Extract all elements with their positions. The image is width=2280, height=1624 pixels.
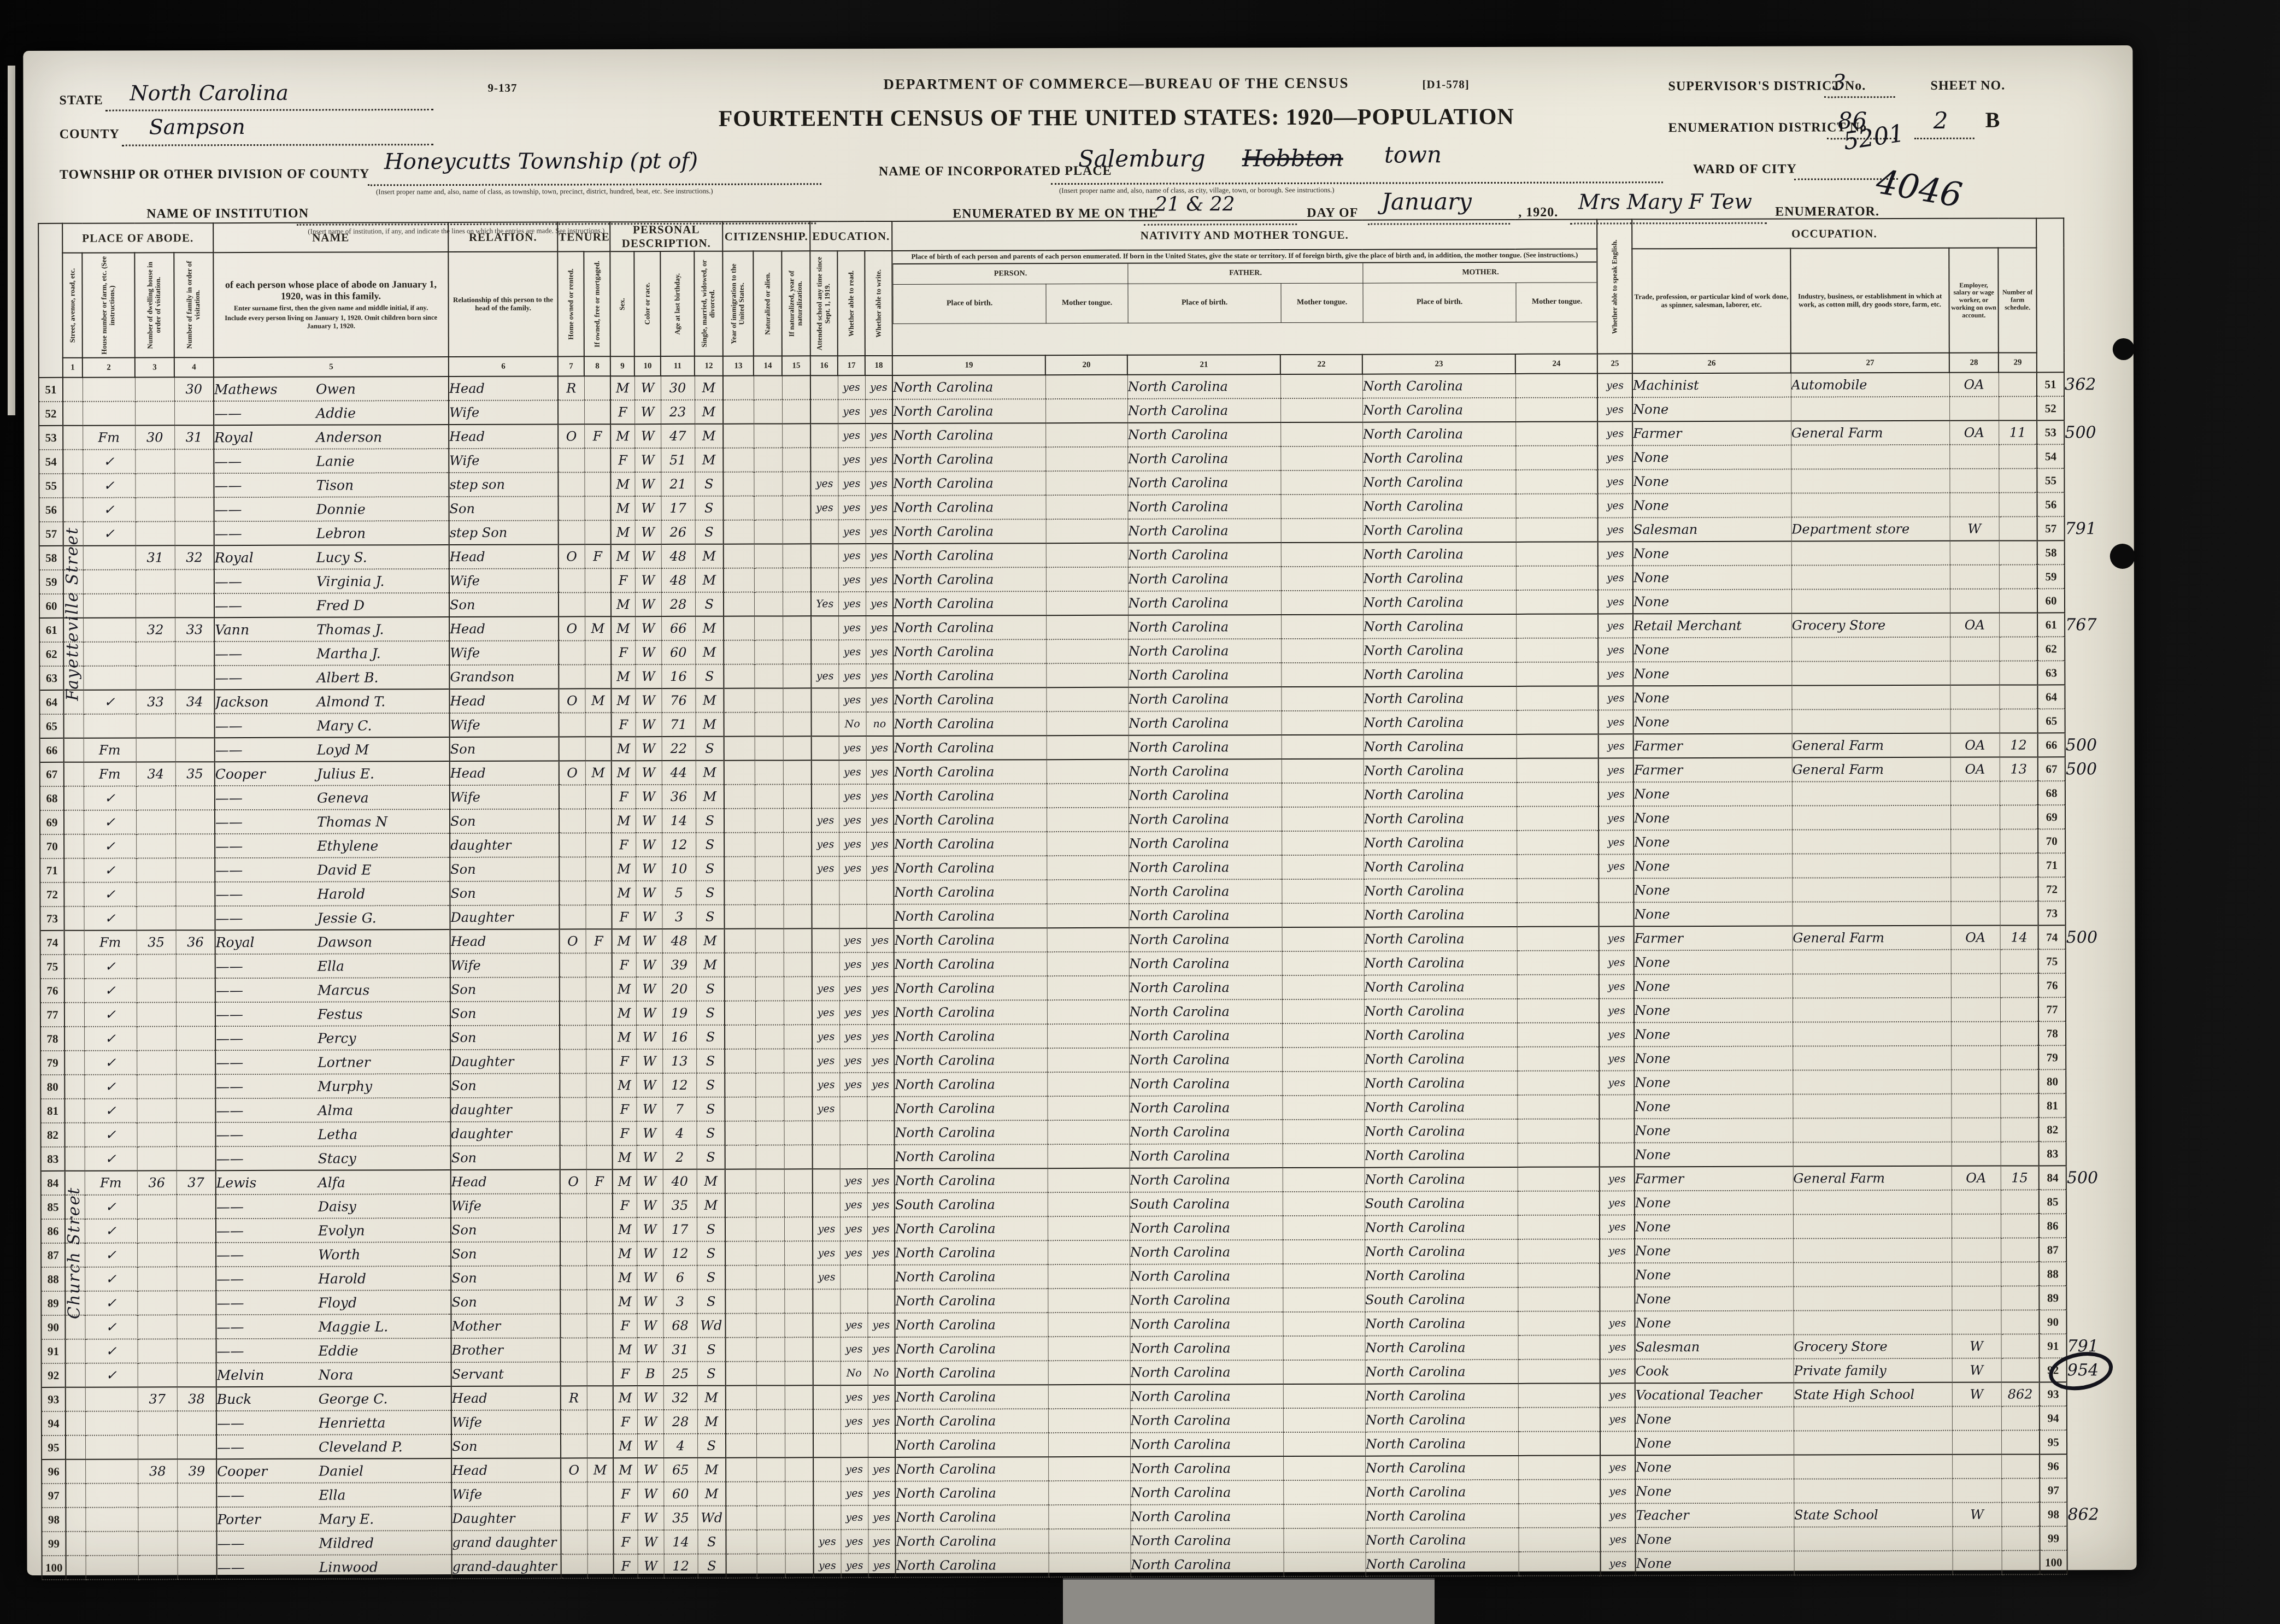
colnum-10: 10 [634, 356, 661, 376]
cell-imm [723, 424, 754, 448]
cell-mtm [1517, 975, 1599, 999]
cell-mtm [1518, 1456, 1600, 1480]
cell-race: W [634, 424, 661, 448]
col-mortgage: If owned, free or mortgaged. [584, 251, 610, 356]
cell-emp [1951, 1094, 2000, 1118]
cell-mort [584, 448, 610, 472]
cell-pm: North Carolina [1365, 1215, 1518, 1240]
cell-occ: None [1635, 1143, 1793, 1167]
cell-write: yes [868, 1529, 895, 1554]
cell-emp: W [1952, 1503, 2001, 1527]
cell-imm [724, 785, 755, 809]
cell-dwell [138, 1555, 178, 1579]
cell-street [66, 1484, 85, 1508]
cell-age: 4 [663, 1121, 697, 1145]
cell-n: 56 [39, 498, 63, 522]
col-able-to-read: Whether able to read. [837, 251, 865, 356]
cell-rel: Son [450, 881, 559, 905]
cell-imm [725, 1073, 755, 1097]
cell-emp: W [1952, 1358, 2001, 1382]
cell-mtf [1283, 1480, 1365, 1504]
cell-write: yes [868, 1337, 895, 1361]
cell-write: yes [867, 1049, 894, 1073]
cell-dwell: 30 [135, 425, 174, 449]
col-dwelling-number-label: Number of dwelling house in order of vis… [146, 255, 163, 355]
cell-mt [1048, 1288, 1130, 1313]
cell-mtf [1280, 422, 1362, 446]
cell-occ: None [1636, 1551, 1794, 1576]
cell-mar: M [695, 400, 723, 424]
cell-pob: North Carolina [893, 519, 1046, 544]
cell-rel: Daughter [451, 1506, 561, 1531]
cell-home [561, 1482, 587, 1506]
cell-eng: yes [1599, 998, 1634, 1022]
surname: —— [215, 742, 307, 757]
col-employer: Employer, salary or wage worker, or work… [1949, 248, 1999, 353]
colnum-6: 6 [449, 356, 558, 376]
cell-age: 36 [662, 785, 696, 809]
cell-farm [2001, 1262, 2039, 1286]
cell-emp [1952, 1407, 2001, 1431]
cell-sex: F [613, 1121, 637, 1145]
cell-mort [584, 400, 610, 424]
cell-ind: Grocery Store [1791, 613, 1950, 638]
cell-nat [756, 1433, 785, 1457]
cell-mtm [1517, 1071, 1599, 1095]
cell-eng: yes [1600, 1383, 1635, 1407]
given-name: Thomas J. [307, 621, 384, 637]
cell-home [559, 809, 585, 833]
cell-write: yes [866, 496, 893, 520]
surname: —— [216, 1006, 308, 1022]
cell-race: W [636, 1025, 662, 1049]
cell-mar: S [697, 1217, 725, 1241]
cell-mar: S [697, 1121, 725, 1145]
cell-natyr [785, 1457, 813, 1481]
cell-natyr [785, 1361, 813, 1385]
cell-rel: Wife [449, 400, 558, 425]
cell-mort [585, 496, 611, 520]
cell-name: RoyalLucy S. [214, 545, 449, 569]
cell-read: yes [838, 399, 865, 423]
cell-rel: daughter [451, 1121, 560, 1146]
cell-imm [724, 520, 754, 544]
cell-occ: None [1634, 1022, 1793, 1047]
cell-pm: North Carolina [1365, 1119, 1518, 1144]
cell-rel: grand daughter [451, 1530, 561, 1555]
cell-school: yes [812, 1049, 839, 1073]
cell-pm: North Carolina [1363, 614, 1516, 639]
cell-dwell [138, 1411, 177, 1435]
cell-eng: yes [1598, 566, 1633, 590]
cell-pf: North Carolina [1129, 975, 1282, 1000]
cell-school: yes [814, 1554, 841, 1578]
cell-home [560, 1073, 586, 1097]
cell-street [64, 882, 84, 907]
cell-race: W [637, 1338, 663, 1362]
cell-sex: M [613, 1458, 637, 1482]
cell-mtf [1281, 639, 1363, 663]
cell-imm [725, 1049, 755, 1073]
cell-home [559, 857, 585, 881]
cell-n2: 90 [2039, 1310, 2066, 1334]
cell-nat [757, 1554, 785, 1578]
cell-pob: North Carolina [894, 1096, 1047, 1121]
cell-street [64, 810, 84, 834]
cell-sex: M [613, 1386, 637, 1410]
cell-dwell [138, 1507, 177, 1531]
cell-pf: North Carolina [1130, 1432, 1283, 1457]
cell-eng: yes [1597, 469, 1632, 493]
cell-n: 87 [41, 1243, 65, 1267]
surname: —— [215, 573, 307, 589]
cell-mort: F [584, 424, 610, 448]
cell-pob: North Carolina [895, 1144, 1048, 1169]
cell-read: yes [838, 616, 866, 640]
cell-emp [1949, 397, 1999, 421]
cell-n2: 55 [2037, 468, 2064, 492]
cell-read [840, 1121, 867, 1145]
cell-mt [1048, 1216, 1130, 1240]
cell-fam [177, 1531, 216, 1555]
cell-pm: South Carolina [1365, 1191, 1518, 1216]
cell-margin [2064, 444, 2119, 468]
cell-name: ——Fred D [214, 593, 449, 617]
cell-imm [724, 713, 755, 737]
nativity-subtable: PERSON. FATHER. MOTHER. Place of birth. … [892, 262, 1597, 323]
surname: —— [216, 1246, 308, 1262]
cell-mar: Wd [697, 1506, 726, 1530]
col-naturalization-year: If naturalized, year of naturalization. [781, 251, 810, 356]
cell-write: yes [867, 1073, 894, 1097]
cell-school: yes [811, 664, 838, 688]
cell-school [813, 1289, 840, 1313]
cell-mar: S [696, 857, 724, 881]
cell-pob: North Carolina [892, 447, 1045, 472]
cell-pf: North Carolina [1130, 1408, 1283, 1433]
cell-emp [1950, 685, 1999, 709]
cell-mort [587, 1338, 613, 1362]
cell-mtf [1282, 807, 1364, 831]
cell-race: W [636, 929, 662, 953]
cell-age: 5 [662, 881, 696, 905]
sheet-number-value: 2 [1934, 107, 1948, 134]
cell-pm: North Carolina [1362, 374, 1515, 398]
surname: Cooper [215, 766, 307, 781]
cell-imm [725, 1217, 756, 1241]
cell-read: yes [840, 1241, 867, 1265]
cell-n: 97 [42, 1484, 66, 1508]
cell-mtf [1283, 1216, 1365, 1240]
cell-street [66, 1532, 85, 1556]
cell-nat [754, 544, 783, 568]
cell-name: ——Lanie [214, 449, 449, 473]
given-name: Mary E. [309, 1511, 374, 1527]
cell-race: B [637, 1362, 663, 1386]
cell-farm [1999, 564, 2037, 589]
cell-name: ——Floyd [216, 1290, 451, 1315]
cell-mt [1046, 615, 1128, 639]
department-title: DEPARTMENT OF COMMERCE—BUREAU OF THE CEN… [706, 74, 1526, 93]
cell-emp: W [1952, 1334, 2001, 1358]
cell-mtf [1282, 951, 1364, 975]
cell-nat [755, 760, 783, 784]
cell-ind [1793, 1070, 1951, 1095]
cell-rel: Wife [450, 953, 560, 978]
census-form-paper: STATE North Carolina 9-137 DEPARTMENT OF… [23, 45, 2136, 1575]
cell-mt [1047, 1024, 1129, 1048]
incorporated-place-label: NAME OF INCORPORATED PLACE [879, 164, 1112, 179]
cell-ind [1793, 974, 1951, 998]
cell-pm: North Carolina [1362, 470, 1515, 495]
cell-mar: S [697, 1362, 726, 1386]
cell-ind [1792, 781, 1950, 806]
cell-fam [177, 1483, 216, 1507]
cell-ind [1793, 1022, 1951, 1046]
cell-school: yes [812, 1073, 839, 1097]
cell-race: W [635, 520, 661, 544]
cell-natyr [785, 1385, 813, 1409]
cell-mort [587, 1530, 613, 1554]
cell-pm: North Carolina [1364, 831, 1517, 855]
cell-n: 69 [40, 810, 64, 834]
cell-pf: North Carolina [1130, 1216, 1283, 1240]
cell-ind [1792, 805, 1950, 830]
cell-farm [2000, 997, 2038, 1021]
cell-home [558, 400, 584, 424]
cell-mtm [1518, 1504, 1600, 1528]
cell-imm [725, 1241, 756, 1266]
cell-dwell [135, 377, 174, 401]
cell-sex: F [614, 1554, 638, 1578]
cell-margin: 767 [2065, 613, 2119, 637]
cell-mort: M [585, 616, 611, 640]
cell-mt [1048, 1192, 1130, 1216]
cell-pf: North Carolina [1130, 1144, 1283, 1168]
cell-ind [1793, 950, 1951, 974]
cell-school [811, 640, 838, 664]
surname: Vann [215, 621, 307, 637]
cell-eng: yes [1600, 1191, 1635, 1215]
cell-eng: yes [1599, 974, 1634, 998]
cell-eng: yes [1599, 854, 1633, 878]
cell-mort [586, 1266, 613, 1290]
cell-house: ✓ [83, 498, 135, 522]
cell-house: ✓ [84, 907, 136, 931]
group-place-of-abode: PLACE OF ABODE. [62, 223, 213, 253]
cell-eng [1599, 902, 1634, 926]
cell-read: yes [839, 928, 867, 952]
cell-natyr [784, 1097, 812, 1121]
cell-street [63, 450, 83, 474]
surname: —— [215, 645, 307, 661]
cell-write: yes [866, 856, 894, 880]
cell-name: LewisAlfa [216, 1170, 451, 1195]
cell-n2: 99 [2040, 1526, 2067, 1550]
cell-n2: 56 [2037, 492, 2065, 516]
cell-occ: None [1635, 1479, 1794, 1504]
cell-ind: State High School [1794, 1382, 1952, 1407]
cell-dwell [136, 858, 175, 882]
cell-ind [1793, 1094, 1951, 1119]
surname: —— [216, 1150, 308, 1166]
cell-dwell [135, 449, 174, 473]
cell-age: 19 [662, 1001, 696, 1025]
cell-read [841, 1433, 868, 1457]
cell-margin: 791 [2065, 516, 2119, 540]
surname: —— [217, 1415, 309, 1431]
cell-dwell [136, 906, 175, 930]
cell-natyr [785, 1409, 813, 1433]
cell-street [64, 955, 84, 979]
cell-eng: yes [1600, 1455, 1635, 1479]
cell-natyr [783, 640, 811, 664]
cell-write: yes [866, 520, 893, 544]
cell-dwell [137, 1243, 177, 1267]
cell-mar: M [695, 616, 724, 640]
cell-occ: None [1633, 493, 1791, 518]
cell-rel: Son [451, 1290, 560, 1314]
cell-occ: None [1635, 1119, 1793, 1143]
given-name: Lucy S. [307, 549, 367, 565]
cell-natyr [785, 1529, 813, 1554]
cell-farm [1999, 468, 2037, 492]
cell-emp: W [1950, 517, 1999, 541]
cell-dwell [138, 1363, 177, 1387]
nativity-person: PERSON. [893, 263, 1128, 284]
cell-n: 77 [40, 1003, 64, 1027]
cell-emp [1952, 1238, 2001, 1262]
cell-mtf [1283, 1336, 1365, 1360]
cell-nat [756, 1265, 784, 1289]
colnum-5: 5 [214, 357, 449, 377]
cell-dwell [137, 1219, 177, 1243]
cell-rel: Son [449, 592, 559, 617]
cell-name: ——Jessie G. [215, 905, 450, 930]
cell-mtm [1518, 1384, 1600, 1408]
cell-occ: None [1633, 638, 1791, 662]
cell-emp [1952, 1190, 2001, 1214]
cell-pf: North Carolina [1128, 519, 1281, 543]
enumerator-label: ENUMERATOR. [1775, 204, 1879, 219]
cell-school [813, 1481, 841, 1505]
cell-read: yes [838, 640, 866, 664]
colnum-1: 1 [63, 358, 83, 378]
cell-occ: None [1633, 662, 1791, 686]
cell-mt [1048, 1337, 1130, 1361]
cell-mtm [1516, 614, 1598, 638]
cell-race: W [638, 1554, 664, 1578]
census-table: PLACE OF ABODE. NAME RELATION. TENURE. P… [38, 217, 2122, 1580]
cell-farm [2001, 1454, 2040, 1478]
cell-street [64, 931, 84, 955]
cell-pob: North Carolina [894, 1072, 1047, 1097]
cell-pf: North Carolina [1130, 1384, 1283, 1409]
cell-age: 44 [662, 761, 696, 785]
cell-emp [1951, 950, 2000, 974]
cell-n: 67 [40, 762, 64, 786]
cell-n: 62 [39, 642, 63, 666]
cell-read: yes [841, 1337, 868, 1361]
cell-race: W [637, 1434, 663, 1458]
cell-pm: North Carolina [1364, 927, 1517, 951]
scan-edge-artifact [8, 66, 15, 415]
cell-pm: North Carolina [1363, 566, 1516, 591]
cell-sex: M [612, 929, 636, 953]
cell-n2: 63 [2037, 661, 2065, 685]
cell-home [560, 977, 586, 1001]
cell-mt [1046, 495, 1128, 519]
cell-mt [1048, 1409, 1130, 1433]
cell-name: ——Maggie L. [216, 1314, 451, 1339]
col-marital: Single, married, widowed, or divorced. [694, 251, 723, 356]
col-color-race-label: Color or race. [643, 283, 651, 325]
colnum-2: 2 [83, 358, 135, 378]
col-family-number-label: Number of family in order of visitation. [186, 255, 202, 355]
colnum-3: 3 [135, 357, 174, 377]
cell-ind [1793, 1214, 1952, 1239]
cell-occ: None [1633, 782, 1792, 807]
cell-n: 74 [40, 931, 64, 955]
cell-natyr [784, 1241, 813, 1265]
cell-pf: North Carolina [1127, 470, 1280, 495]
col-industry: Industry, business, or establishment in … [1790, 248, 1949, 354]
cell-rel: Daughter [450, 905, 559, 929]
cell-margin [2065, 709, 2120, 733]
cell-natyr [782, 423, 810, 448]
given-name: Virginia J. [307, 573, 385, 589]
cell-occ: Retail Merchant [1633, 614, 1791, 638]
cell-race: W [636, 953, 662, 977]
cell-home [560, 1290, 586, 1314]
cell-ind [1794, 1455, 1952, 1479]
cell-mtf [1283, 1504, 1365, 1528]
cell-ind [1793, 1310, 1952, 1335]
cell-pob: North Carolina [893, 567, 1046, 592]
cell-age: 47 [661, 424, 695, 448]
cell-name: ——Percy [215, 1026, 450, 1050]
cell-sex: M [611, 520, 635, 544]
cell-n: 82 [40, 1123, 64, 1147]
cell-natyr [783, 832, 812, 856]
cell-race: W [637, 1482, 663, 1506]
cell-n2: 54 [2037, 444, 2064, 468]
cell-mtf [1283, 1384, 1365, 1408]
cell-pob: North Carolina [895, 1337, 1048, 1361]
cell-school [811, 688, 838, 712]
cell-fam [177, 1146, 216, 1170]
cell-home [561, 1410, 587, 1434]
cell-mtf [1281, 687, 1363, 711]
cell-emp: OA [1950, 733, 2000, 757]
cell-nat [754, 520, 783, 544]
cell-mar: S [697, 1266, 725, 1290]
cell-emp [1953, 1551, 2002, 1575]
cell-margin [2067, 1550, 2122, 1574]
cell-age: 60 [663, 1482, 697, 1506]
cell-margin [2065, 589, 2119, 613]
cell-imm [726, 1482, 756, 1506]
cell-race: W [636, 905, 662, 929]
cell-pf: North Carolina [1130, 1504, 1283, 1529]
cell-read: yes [839, 832, 866, 856]
cell-mt [1047, 952, 1129, 976]
cell-home: O [561, 1458, 587, 1482]
cell-pf: North Carolina [1128, 663, 1281, 687]
surname: —— [216, 1102, 308, 1118]
cell-read: yes [841, 1554, 868, 1578]
cell-mtf [1282, 831, 1364, 855]
